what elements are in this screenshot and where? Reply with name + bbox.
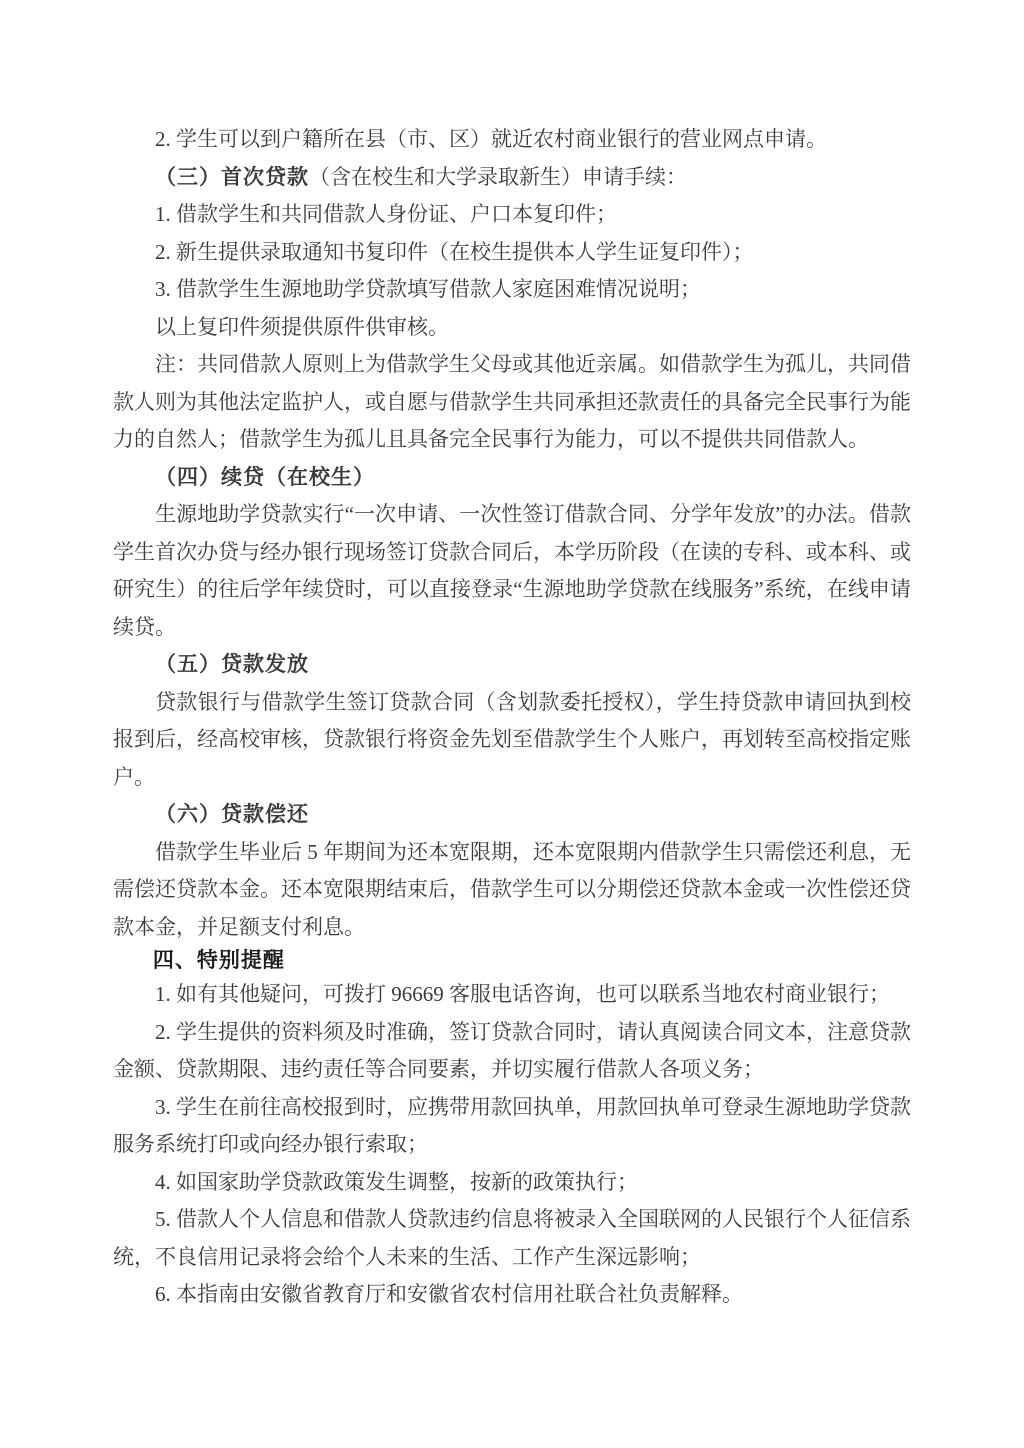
section-heading: （六）贷款偿还 bbox=[113, 796, 911, 834]
text-run: 2. 新生提供录取通知书复印件（在校生提供本人学生证复印件）； bbox=[155, 240, 754, 264]
section-heading: （五）贷款发放 bbox=[113, 646, 911, 684]
heading-bold-run: （三）首次贷款 bbox=[155, 165, 309, 189]
text-run: 4. 如国家助学贷款政策发生调整，按新的政策执行； bbox=[155, 1170, 638, 1194]
paragraph: 5. 借款人个人信息和借款人贷款违约信息将被录入全国联网的人民银行个人征信系统，… bbox=[113, 1201, 911, 1276]
text-run: 1. 如有其他疑问，可拨打 96669 客服电话咨询，也可以联系当地农村商业银行… bbox=[155, 982, 890, 1006]
paragraph: 注：共同借款人原则上为借款学生父母或其他近亲属。如借款学生为孤儿，共同借款人则为… bbox=[113, 346, 911, 459]
text-run: 2. 学生提供的资料须及时准确，签订贷款合同时，请认真阅读合同文本，注意贷款金额… bbox=[113, 1020, 911, 1082]
text-run: 2. 学生可以到户籍所在县（市、区）就近农村商业银行的营业网点申请。 bbox=[155, 127, 827, 151]
paragraph: 生源地助学贷款实行“一次申请、一次性签订借款合同、分学年发放”的办法。借款学生首… bbox=[113, 496, 911, 646]
paragraph: 借款学生毕业后 5 年期间为还本宽限期，还本宽限期内借款学生只需偿还利息，无需偿… bbox=[113, 834, 911, 947]
paragraph: 2. 新生提供录取通知书复印件（在校生提供本人学生证复印件）； bbox=[113, 234, 911, 272]
text-run: 借款学生毕业后 5 年期间为还本宽限期，还本宽限期内借款学生只需偿还利息，无需偿… bbox=[113, 840, 911, 939]
paragraph: 4. 如国家助学贷款政策发生调整，按新的政策执行； bbox=[113, 1164, 911, 1202]
text-run: 6. 本指南由安徽省教育厅和安徽省农村信用社联合社负责解释。 bbox=[155, 1282, 743, 1306]
text-run: 贷款银行与借款学生签订贷款合同（含划款委托授权），学生持贷款申请回执到校报到后，… bbox=[113, 690, 911, 789]
paragraph: 2. 学生可以到户籍所在县（市、区）就近农村商业银行的营业网点申请。 bbox=[113, 121, 911, 159]
paragraph: 2. 学生提供的资料须及时准确，签订贷款合同时，请认真阅读合同文本，注意贷款金额… bbox=[113, 1014, 911, 1089]
text-run: 3. 借款学生生源地助学贷款填写借款人家庭困难情况说明； bbox=[155, 277, 701, 301]
text-run: 5. 借款人个人信息和借款人贷款违约信息将被录入全国联网的人民银行个人征信系统，… bbox=[113, 1207, 911, 1269]
paragraph: 1. 如有其他疑问，可拨打 96669 客服电话咨询，也可以联系当地农村商业银行… bbox=[113, 976, 911, 1014]
paragraph: 3. 借款学生生源地助学贷款填写借款人家庭困难情况说明； bbox=[113, 271, 911, 309]
paragraph: 贷款银行与借款学生签订贷款合同（含划款委托授权），学生持贷款申请回执到校报到后，… bbox=[113, 684, 911, 797]
text-run: （含在校生和大学录取新生）申请手续： bbox=[309, 165, 687, 189]
section-heading: （三）首次贷款（含在校生和大学录取新生）申请手续： bbox=[113, 159, 911, 197]
document-page: 2. 学生可以到户籍所在县（市、区）就近农村商业银行的营业网点申请。（三）首次贷… bbox=[0, 0, 1024, 1448]
text-run: 1. 借款学生和共同借款人身份证、户口本复印件； bbox=[155, 202, 617, 226]
paragraph: 以上复印件须提供原件供审核。 bbox=[113, 309, 911, 347]
heading-bold-run: （四）续贷（在校生） bbox=[155, 465, 375, 489]
text-run: 四、特别提醒 bbox=[153, 949, 285, 972]
text-run: 3. 学生在前往高校报到时，应携带用款回执单，用款回执单可登录生源地助学贷款服务… bbox=[113, 1095, 911, 1157]
paragraph: 3. 学生在前往高校报到时，应携带用款回执单，用款回执单可登录生源地助学贷款服务… bbox=[113, 1089, 911, 1164]
section-heading: （四）续贷（在校生） bbox=[113, 459, 911, 497]
text-run: 生源地助学贷款实行“一次申请、一次性签订借款合同、分学年发放”的办法。借款学生首… bbox=[113, 502, 911, 639]
section-heading: 四、特别提醒 bbox=[113, 946, 911, 976]
paragraph: 6. 本指南由安徽省教育厅和安徽省农村信用社联合社负责解释。 bbox=[113, 1276, 911, 1314]
paragraph: 1. 借款学生和共同借款人身份证、户口本复印件； bbox=[113, 196, 911, 234]
heading-bold-run: （六）贷款偿还 bbox=[155, 802, 309, 826]
text-run: 以上复印件须提供原件供审核。 bbox=[155, 315, 449, 339]
document-body: 2. 学生可以到户籍所在县（市、区）就近农村商业银行的营业网点申请。（三）首次贷… bbox=[113, 121, 911, 1314]
heading-bold-run: （五）贷款发放 bbox=[155, 652, 309, 676]
text-run: 注：共同借款人原则上为借款学生父母或其他近亲属。如借款学生为孤儿，共同借款人则为… bbox=[113, 352, 911, 451]
